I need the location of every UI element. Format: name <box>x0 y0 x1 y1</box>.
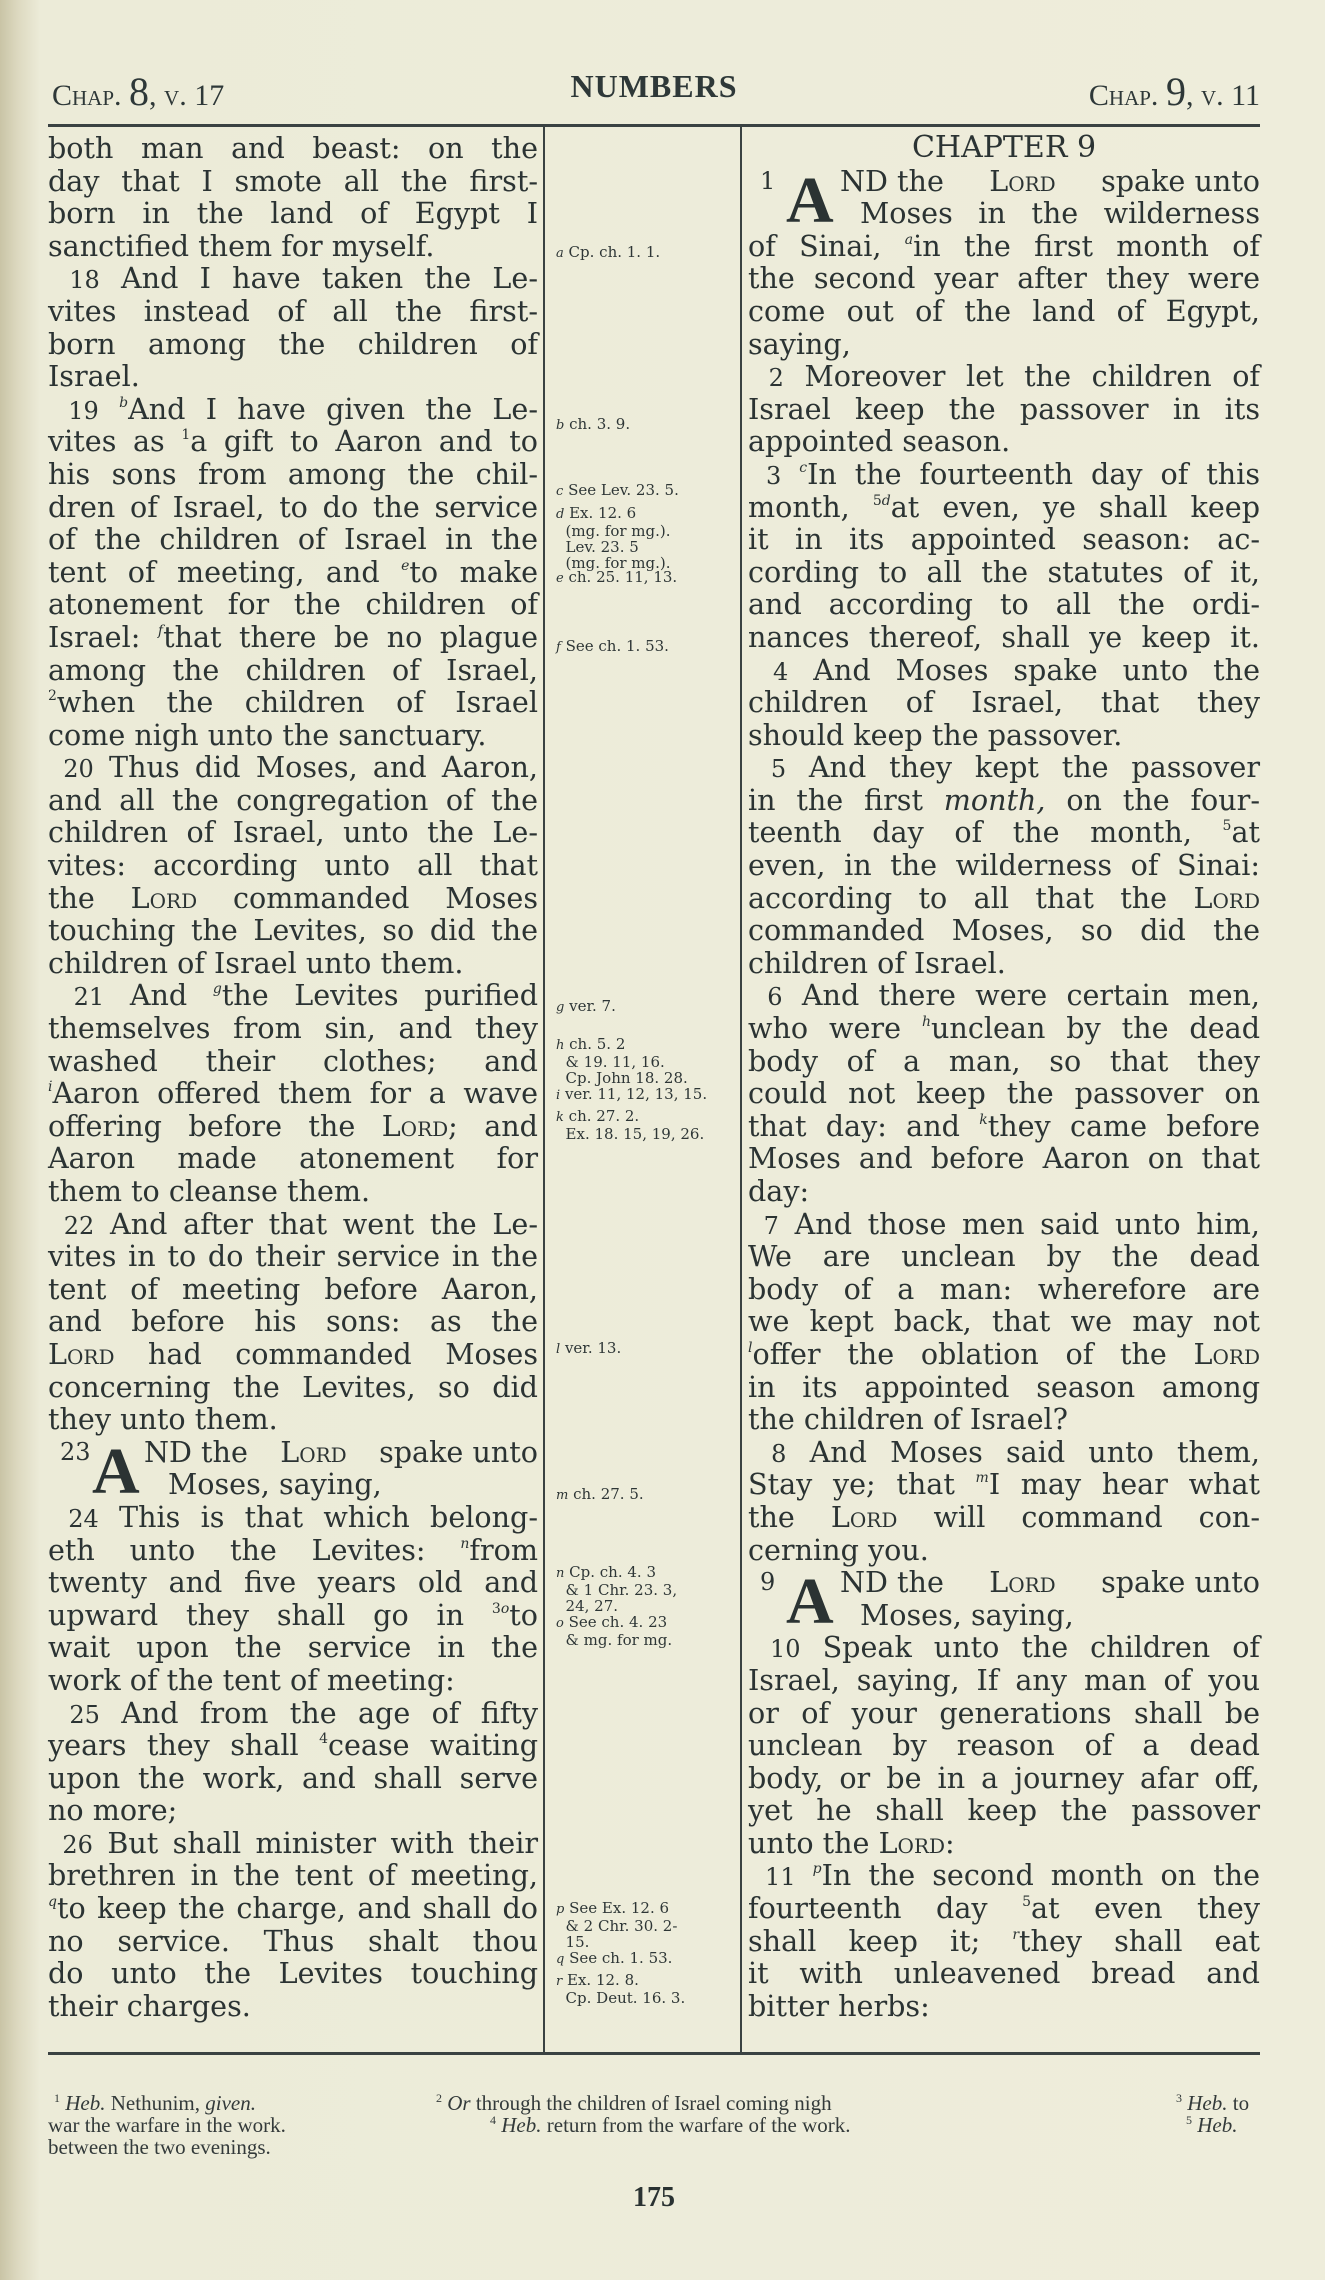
ref-f[interactable]: f See ch. 1. 53. <box>556 638 669 656</box>
ref-e[interactable]: e ch. 25. 11, 13. <box>556 569 677 587</box>
footnote-mark[interactable]: 2 <box>48 688 57 704</box>
text-line: they unto them. <box>48 1403 538 1436</box>
footnote-2: 2 Or through the children of Israel comi… <box>436 2092 832 2114</box>
verse-26: 26 But shall minister with their <box>48 1827 538 1860</box>
text-line: children of Israel. <box>748 947 1260 980</box>
text-line: Aaron made atonement for <box>48 1142 538 1175</box>
verse-3: 3 cIn the fourteenth day of this <box>748 458 1260 491</box>
footnote-mark[interactable]: 5 <box>1022 1894 1031 1910</box>
text-line: the children of Israel? <box>748 1403 1260 1436</box>
verse-8: 8 And Moses said unto them, <box>748 1436 1260 1469</box>
text-line: 2when the children of Israel <box>48 686 538 719</box>
text-line: cerning you. <box>748 1534 1260 1567</box>
text-line: in its appointed season among <box>748 1371 1260 1404</box>
footnote-5-continued: between the two evenings. <box>48 2136 271 2158</box>
text-line: no service. Thus shalt thou <box>48 1925 538 1958</box>
text-line: body of a man, so that they <box>748 1045 1260 1078</box>
ref-o[interactable]: o See ch. 4. 23 & mg. for mg. <box>556 1614 672 1648</box>
cross-ref-mark[interactable]: g <box>213 981 222 997</box>
text-line: sanctified them for myself. <box>48 230 538 263</box>
text-line: brethren in the tent of meeting, <box>48 1859 538 1892</box>
footnote-2-continued: war the warfare in the work. <box>48 2114 286 2136</box>
text-line: teenth day of the month, 5at <box>748 816 1260 849</box>
ref-m[interactable]: m ch. 27. 5. <box>556 1486 644 1504</box>
text-line: vites in to do their service in the <box>48 1240 538 1273</box>
drop-cap: A <box>786 1572 834 1632</box>
book-title: NUMBERS <box>48 68 1260 105</box>
text-line: children of Israel, unto the Le- <box>48 816 538 849</box>
text-line: it in its appointed season: ac- <box>748 523 1260 556</box>
text-line: of the children of Israel in the <box>48 523 538 556</box>
text-line: concerning the Levites, so did <box>48 1371 538 1404</box>
verse-6: 6 And there were certain men, <box>748 979 1260 1012</box>
verse-18: 18 And I have taken the Le- <box>48 262 538 295</box>
page-number: 175 <box>48 2182 1260 2214</box>
text-line: dren of Israel, to do the service <box>48 491 538 524</box>
verse-22: 22 And after that went the Le- <box>48 1208 538 1241</box>
footnote-mark[interactable]: 5 <box>873 493 882 509</box>
verse-20: 20 Thus did Moses, and Aaron, <box>48 751 538 784</box>
verse-23: 23 A ND theLordspake unto <box>48 1436 538 1469</box>
cross-ref-mark[interactable]: q <box>48 1894 57 1910</box>
text-line: commanded Moses, so did the <box>748 914 1260 947</box>
text-line: tent of meeting, and eto make <box>48 556 538 589</box>
text-line: do unto the Levites touching <box>48 1957 538 1990</box>
running-head: Chap. 8, v. 17 NUMBERS Chap. 9, v. 11 <box>48 68 1260 118</box>
text-line: among the children of Israel, <box>48 654 538 687</box>
text-line: appointed season. <box>748 425 1260 458</box>
text-line: in the first month, on the four- <box>748 784 1260 817</box>
text-line: nances thereof, shall ye keep it. <box>748 621 1260 654</box>
text-line: day: <box>748 1175 1260 1208</box>
ref-c[interactable]: c See Lev. 23. 5. <box>556 482 679 500</box>
text-line: offering before the Lord; and <box>48 1110 538 1143</box>
text-line: born in the land of Egypt I <box>48 197 538 230</box>
text-line: month, 5dat even, ye shall keep <box>748 491 1260 524</box>
text-line: unto the Lord: <box>748 1827 1260 1860</box>
ref-g[interactable]: g ver. 7. <box>556 998 616 1016</box>
text-line: twenty and five years old and <box>48 1566 538 1599</box>
text-line: body, or be in a journey afar off, <box>748 1762 1260 1795</box>
verse-21: 21 And gthe Levites purified <box>48 979 538 1012</box>
footnote-3: 3 Heb. to <box>1176 2092 1249 2114</box>
text-line: it with unleavened bread and <box>748 1957 1260 1990</box>
right-text-column: CHAPTER 9 1 A ND theLordspake unto Moses… <box>748 132 1260 2022</box>
ref-a[interactable]: a Cp. ch. 1. 1. <box>556 244 660 262</box>
text-line: his sons from among the chil- <box>48 458 538 491</box>
cross-ref-mark[interactable]: k <box>979 1112 987 1128</box>
verse-4: 4 And Moses spake unto the <box>748 654 1260 687</box>
text-line: could not keep the passover on <box>748 1077 1260 1110</box>
footer-rule <box>48 2052 1260 2055</box>
verse-19: 19 bAnd I have given the Le- <box>48 393 538 426</box>
text-line: washed their clothes; and <box>48 1045 538 1078</box>
text-line: who were hunclean by the dead <box>748 1012 1260 1045</box>
text-line: should keep the passover. <box>748 719 1260 752</box>
text-line: work of the tent of meeting: <box>48 1664 538 1697</box>
drop-cap: A <box>92 1442 140 1502</box>
text-line: iAaron offered them for a wave <box>48 1077 538 1110</box>
ref-k[interactable]: k ch. 27. 2. Ex. 18. 15, 19, 26. <box>556 1108 704 1142</box>
text-line: qto keep the charge, and shall do <box>48 1892 538 1925</box>
ref-n[interactable]: n Cp. ch. 4. 3 & 1 Chr. 23. 3, 24, 27. <box>556 1564 677 1614</box>
text-line: vites instead of all the first- <box>48 295 538 328</box>
ref-b[interactable]: b ch. 3. 9. <box>556 416 630 434</box>
cross-ref-mark[interactable]: d <box>882 493 891 509</box>
cross-ref-mark[interactable]: h <box>922 1014 931 1030</box>
ref-d[interactable]: d Ex. 12. 6 (mg. for mg.). Lev. 23. 5 (m… <box>556 505 671 571</box>
text-line: Israel. <box>48 360 538 393</box>
footnote-mark[interactable]: 3 <box>492 1601 501 1617</box>
ref-p[interactable]: p See Ex. 12. 6 & 2 Chr. 30. 2- 15. <box>556 1900 677 1950</box>
text-line: we kept back, that we may not <box>748 1305 1260 1338</box>
verse-9: 9 A ND theLordspake unto <box>748 1566 1260 1599</box>
text-line: them to cleanse them. <box>48 1175 538 1208</box>
ref-r[interactable]: r Ex. 12. 8. Cp. Deut. 16. 3. <box>556 1972 685 2006</box>
text-line: saying, <box>748 328 1260 361</box>
text-line: We are unclean by the dead <box>748 1240 1260 1273</box>
footnote-5: 5 Heb. <box>1186 2114 1238 2136</box>
text-line: according to all that the Lord <box>748 882 1260 915</box>
text-line: no more; <box>48 1794 538 1827</box>
footnote-mark[interactable]: 1 <box>181 427 190 443</box>
text-line: vites: according unto all that <box>48 849 538 882</box>
cross-ref-mark[interactable]: a <box>905 232 913 248</box>
text-line: yet he shall keep the passover <box>748 1794 1260 1827</box>
text-line: unclean by reason of a dead <box>748 1729 1260 1762</box>
text-line: themselves from sin, and they <box>48 1012 538 1045</box>
verse-1: 1 A ND theLordspake unto <box>748 165 1260 198</box>
text-line: Israel keep the passover in its <box>748 393 1260 426</box>
text-line: Stay ye; that mI may hear what <box>748 1468 1260 1501</box>
text-line: Israel, saying, If any man of you <box>748 1664 1260 1697</box>
text-line: children of Israel unto them. <box>48 947 538 980</box>
text-line: touching the Levites, so did the <box>48 914 538 947</box>
verse-11: 11 pIn the second month on the <box>748 1859 1260 1892</box>
text-line: born among the children of <box>48 328 538 361</box>
text-line: cording to all the statutes of it, <box>748 556 1260 589</box>
text-line: even, in the wilderness of Sinai: <box>748 849 1260 882</box>
ref-l[interactable]: l ver. 13. <box>556 1340 621 1358</box>
text-line: fourteenth day 5at even they <box>748 1892 1260 1925</box>
header-rule <box>48 124 1260 127</box>
text-line: the second year after they were <box>748 262 1260 295</box>
text-line: come out of the land of Egypt, <box>748 295 1260 328</box>
text-line: both man and beast: on the <box>48 132 538 165</box>
text-line: shall keep it; rthey shall eat <box>748 1925 1260 1958</box>
ref-q[interactable]: q See ch. 1. 53. <box>556 1950 672 1968</box>
text-line: day that I smote all the first- <box>48 165 538 198</box>
text-line: their charges. <box>48 1990 538 2023</box>
text-line: bitter herbs: <box>748 1990 1260 2023</box>
text-line: years they shall 4cease waiting <box>48 1729 538 1762</box>
chapter-heading: CHAPTER 9 <box>748 132 1260 165</box>
cross-ref-mark[interactable]: p <box>813 1861 822 1877</box>
verse-7: 7 And those men said unto him, <box>748 1208 1260 1241</box>
text-line: and according to all the ordi- <box>748 588 1260 621</box>
cross-ref-mark[interactable]: m <box>976 1470 989 1486</box>
verse-5: 5 And they kept the passover <box>748 751 1260 784</box>
bible-page: Chap. 8, v. 17 NUMBERS Chap. 9, v. 11 bo… <box>48 0 1260 2280</box>
text-line: Moses and before Aaron on that <box>748 1142 1260 1175</box>
ref-h[interactable]: h ch. 5. 2 & 19. 11, 16. Cp. John 18. 28… <box>556 1036 688 1086</box>
text-line: and before his sons: as the <box>48 1305 538 1338</box>
running-head-right: Chap. 9, v. 11 <box>1089 68 1260 115</box>
text-line: Israel: fthat there be no plague <box>48 621 538 654</box>
text-line: body of a man: wherefore are <box>748 1273 1260 1306</box>
cross-ref-mark[interactable]: b <box>119 395 128 411</box>
text-line: tent of meeting before Aaron, <box>48 1273 538 1306</box>
footnote-mark[interactable]: 4 <box>319 1731 328 1747</box>
text-line: atonement for the children of <box>48 588 538 621</box>
text-line: upward they shall go in 3oto <box>48 1599 538 1632</box>
cross-ref-mark[interactable]: c <box>799 460 807 476</box>
verse-2: 2 Moreover let the children of <box>748 360 1260 393</box>
text-line: upon the work, and shall serve <box>48 1762 538 1795</box>
verse-25: 25 And from the age of fifty <box>48 1697 538 1730</box>
text-line: the Lord commanded Moses <box>48 882 538 915</box>
text-line: children of Israel, that they <box>748 686 1260 719</box>
cross-reference-column: a Cp. ch. 1. 1. b ch. 3. 9. c See Lev. 2… <box>552 132 742 2052</box>
text-line: the Lord will command con- <box>748 1501 1260 1534</box>
text-line: and all the congregation of the <box>48 784 538 817</box>
text-line: loffer the oblation of the Lord <box>748 1338 1260 1371</box>
footnote-1: 1 Heb. Nethunim, given. <box>54 2092 256 2114</box>
left-text-column: both man and beast: on the day that I sm… <box>48 132 538 2022</box>
text-line: wait upon the service in the <box>48 1631 538 1664</box>
ref-i[interactable]: i ver. 11, 12, 13, 15. <box>556 1086 707 1104</box>
text-line: come nigh unto the sanctuary. <box>48 719 538 752</box>
footnote-4: 4 Heb. return from the warfare of the wo… <box>490 2114 851 2136</box>
text-line: vites as 1a gift to Aaron and to <box>48 425 538 458</box>
drop-cap: A <box>786 171 834 231</box>
column-divider-left <box>543 127 545 2052</box>
text-line: or of your generations shall be <box>748 1697 1260 1730</box>
text-line: eth unto the Levites: nfrom <box>48 1534 538 1567</box>
text-line: that day: and kthey came before <box>748 1110 1260 1143</box>
text-line: Lord had commanded Moses <box>48 1338 538 1371</box>
